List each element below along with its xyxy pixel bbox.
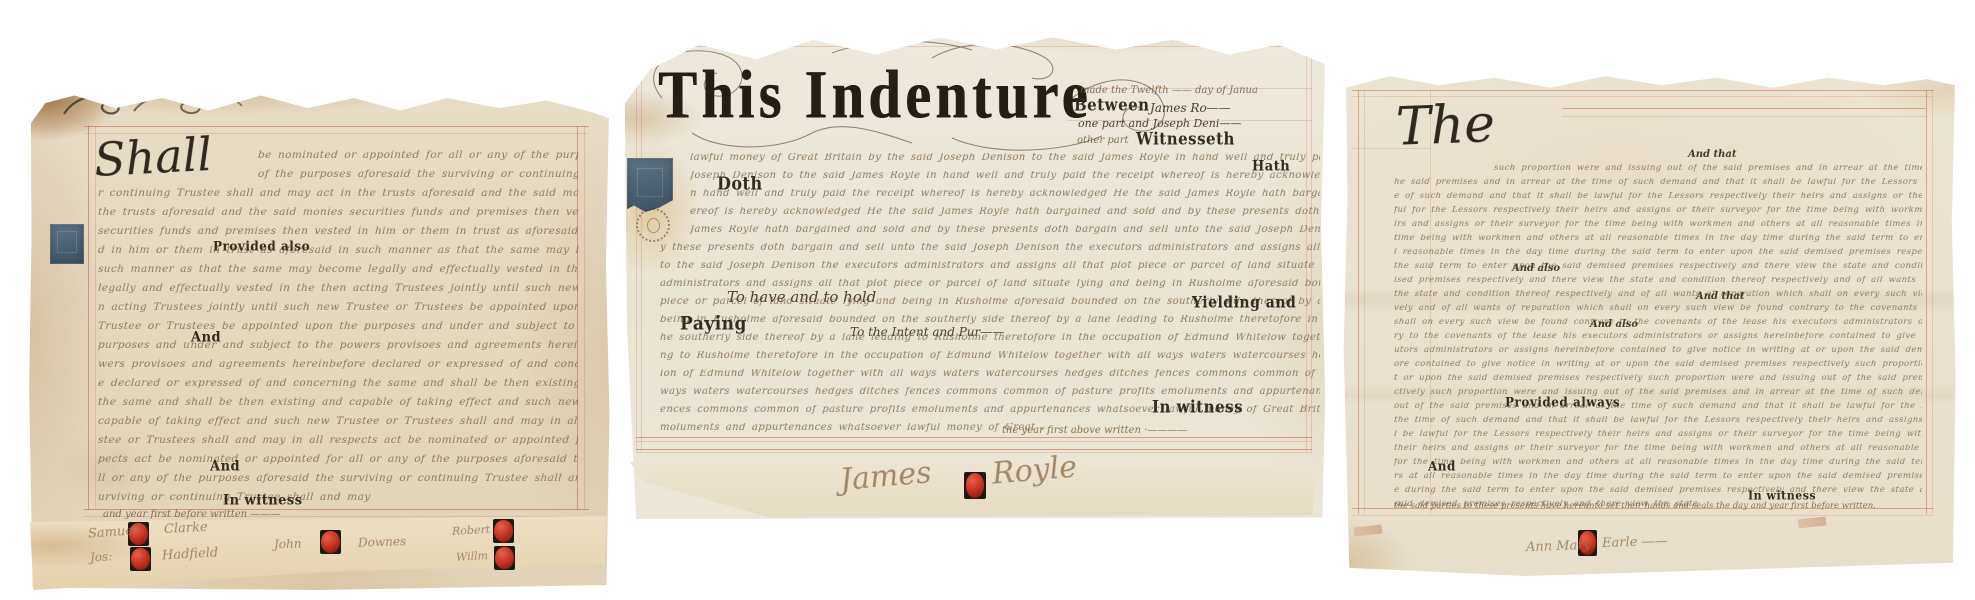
signature: Ann Mary <box>1526 539 1591 554</box>
script-text-line: ways waters watercourses hedges ditches … <box>660 387 1321 397</box>
script-text-line: lawful money of Great Britain by the sai… <box>690 153 1321 163</box>
key-phrase: In witness <box>223 493 303 507</box>
script-text-line: the same and shall be then existing and … <box>98 397 579 408</box>
signature: Samuel <box>88 524 138 540</box>
signature: John <box>274 538 302 551</box>
script-text-line: r continuing Trustee shall and may act i… <box>98 188 579 199</box>
script-text-line: stee or Trustees shall and may in all re… <box>98 435 579 446</box>
key-phrase: And also <box>1512 264 1560 274</box>
key-phrase: In witness <box>1152 399 1243 416</box>
script-text-line: irs and assigns or their surveyor for th… <box>1394 220 1923 229</box>
script-text-line: ful for the Lessors respectively their h… <box>1394 206 1923 215</box>
script-text-line: the time of such demand and that it shal… <box>1394 416 1923 425</box>
script-text-line: Trustee or Trustees be appointed upon th… <box>98 321 579 332</box>
script-text-line: t or upon the said demised premises resp… <box>1394 374 1923 383</box>
signature: Hadfield <box>162 547 219 563</box>
key-phrase: the year first above written ·———— <box>1002 426 1187 436</box>
key-phrase: Witnesseth <box>1136 131 1235 148</box>
script-text-line: l be lawful for the Lessors respectively… <box>1394 430 1923 439</box>
script-text-line: e declared or expressed of and concernin… <box>98 378 579 389</box>
key-phrase: And <box>1428 459 1456 472</box>
script-text-line: James Royle hath bargained and sold and … <box>690 225 1321 235</box>
script-text-line: e of such demand and that it shall be la… <box>1394 192 1923 201</box>
key-phrase: Yielding and <box>1192 295 1296 310</box>
script-text-line: pects act be nominated or appointed for … <box>98 454 579 465</box>
script-text-line: capable of taking effect and such new Tr… <box>98 416 579 427</box>
script-text-line: be nominated or appointed for all or any… <box>258 150 579 161</box>
key-phrase: To the Intent and Pur—— <box>850 326 1004 338</box>
script-text-line: the said term to enter upon the said dem… <box>1394 262 1923 271</box>
script-text-line: rs at all reasonable times in the day ti… <box>1394 472 1923 481</box>
script-text-line: ctively such proportion were and issuing… <box>1394 388 1923 397</box>
script-text-line: legally and effectually vested in the th… <box>98 283 579 294</box>
key-phrase: And that <box>1696 292 1745 302</box>
script-text-line: d in him or them in trust as aforesaid i… <box>98 245 579 256</box>
key-phrase: Provided also <box>213 239 310 252</box>
script-text-line: Joseph Denison to the said James Royle i… <box>690 171 1321 181</box>
key-phrase: one part and Joseph Deni—— <box>1078 118 1241 129</box>
key-phrase: James Ro—— <box>1150 102 1231 114</box>
indenture-document-right: The such proportion were and issuing out… <box>1340 70 1958 578</box>
script-text-line: wers provisoes and agreements hereinbefo… <box>98 359 579 370</box>
key-phrase: And <box>210 459 240 473</box>
script-text-line: ll or any of the purposes aforesaid the … <box>98 473 579 484</box>
signature: James <box>839 458 933 496</box>
key-phrase: And <box>191 330 221 344</box>
script-text-line: n hand well and truly paid the receipt w… <box>690 189 1321 199</box>
script-text-line: ry to the covenants of the lease his exe… <box>1394 332 1923 341</box>
signature: Willm <box>456 550 489 563</box>
script-text-line: l reasonable times in the day time durin… <box>1394 248 1923 257</box>
blue-duty-stamp-icon <box>627 158 673 212</box>
signature: Earle —— <box>1602 535 1668 550</box>
script-text-line: moluments and appurtenances whatsoever l… <box>660 423 1043 433</box>
script-text-line: utors administrators or assigns hereinbe… <box>1394 346 1923 355</box>
signature: Jos: <box>90 550 113 564</box>
script-text-line: he said premises and in arrear at the ti… <box>1394 178 1923 187</box>
signature: Downes <box>358 535 406 549</box>
script-text-line: ereof is hereby acknowledged He the said… <box>690 207 1321 217</box>
script-text-line: vely and of all wants of reparation whic… <box>1394 304 1923 313</box>
red-wax-seal-icon <box>130 547 151 571</box>
indenture-document-middle: This Indenture lawful money of Great Bri… <box>622 30 1328 520</box>
red-wax-seal-icon <box>494 546 515 570</box>
script-text-line: ore contained to give notice in writing … <box>1394 360 1923 369</box>
key-phrase: Between <box>1074 97 1150 114</box>
key-phrase: Hath <box>1252 159 1290 173</box>
script-text-line: being in Rusholme aforesaid bounded on t… <box>660 315 1321 325</box>
photograph-of-three-indenture-documents: Shall be nominated or appointed for all … <box>0 0 1975 600</box>
script-text-line: such manner as that the same may become … <box>98 264 579 275</box>
key-phrase: Doth <box>717 175 763 193</box>
key-phrase: In witness <box>1748 489 1816 501</box>
key-phrase: To have and to hold <box>727 290 876 305</box>
signature: Clarke <box>164 521 208 536</box>
script-text-line: n acting Trustees jointly until such new… <box>98 302 579 313</box>
key-phrase: And that <box>1688 150 1737 160</box>
script-text-line: purposes and under and subject to the po… <box>98 340 579 351</box>
signature: Royle <box>991 452 1078 489</box>
key-phrase: Provided always <box>1505 395 1620 408</box>
key-phrase: other part <box>1077 136 1129 146</box>
script-text-line: the state and condition thereof respecti… <box>1394 290 1923 299</box>
red-wax-seal-icon <box>493 519 514 543</box>
script-text-line: ng to Rusholme theretofore in the occupa… <box>660 351 1321 361</box>
script-text-line: ion of Edmund Whitelow together with all… <box>660 369 1321 379</box>
script-text-line: time being with workmen and others at al… <box>1394 234 1923 243</box>
blue-duty-stamp-icon <box>50 224 84 264</box>
script-text-line: such proportion were and issuing out of … <box>1494 164 1923 173</box>
red-wax-seal-icon <box>964 472 986 499</box>
script-text-line: out of the said premises and in arrear a… <box>1394 402 1923 411</box>
key-phrase: And also <box>1590 320 1638 330</box>
key-phrase: and year first before written ——— <box>103 510 280 520</box>
signature: Robert <box>452 524 491 537</box>
indenture-document-left: Shall be nominated or appointed for all … <box>28 88 610 590</box>
script-text-line: to the said Joseph Denison the executors… <box>660 261 1321 271</box>
script-text-line: securities funds and premises then veste… <box>98 226 579 237</box>
script-text-line: ised premises respectively and there vie… <box>1394 276 1923 285</box>
key-phrase: Paying <box>680 315 747 334</box>
script-text-line: their heirs and assigns or their surveyo… <box>1394 444 1923 453</box>
script-text-line: y these presents doth bargain and sell u… <box>660 243 1321 253</box>
red-wax-seal-icon <box>320 530 341 554</box>
script-text-line: of the purposes aforesaid the surviving … <box>258 169 579 180</box>
script-text-line: the trusts aforesaid and the said monies… <box>98 207 579 218</box>
script-text-line: shall on every such view be found contra… <box>1394 318 1923 327</box>
script-text-line: e during the said term to enter upon the… <box>1394 486 1923 495</box>
embossed-ring-stamp-icon <box>636 208 670 242</box>
key-phrase: the said parties to these presents have … <box>1394 502 1876 511</box>
script-text-line: for the time being with workmen and othe… <box>1394 458 1923 467</box>
